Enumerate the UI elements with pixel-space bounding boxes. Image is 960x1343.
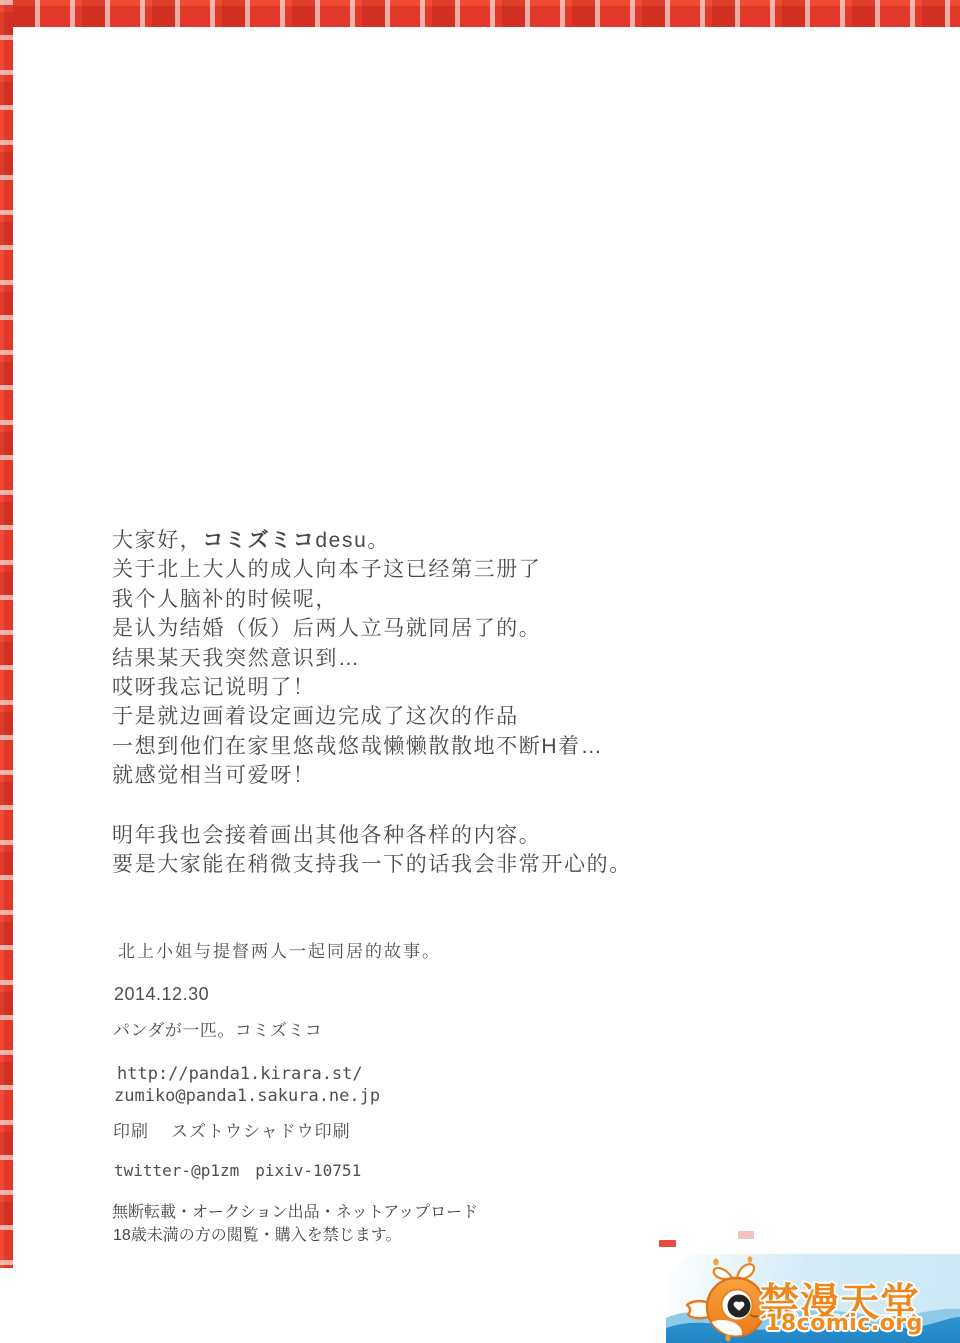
afterword-line: 明年我也会接着画出其他各种各样的内容。 — [112, 821, 632, 850]
age-restriction-notice: 18歳未満の方の閲覧・購入を禁じます。 — [113, 1226, 402, 1245]
afterword-line: 要是大家能在稍微支持我一下的话我会非常开心的。 — [112, 850, 632, 879]
reprint-prohibition-notice: 無断転載・オークション出品・ネットアップロード — [112, 1203, 478, 1222]
afterword-line: 哎呀我忘记说明了！ — [112, 673, 632, 702]
circle-name: パンダが一匹。コミズミコ — [113, 1021, 322, 1041]
greeting-prefix: 大家好， — [112, 529, 202, 552]
afterword-line: 就感觉相当可爱呀！ — [112, 761, 632, 790]
watermark-site-url: 18comic.org — [764, 1311, 924, 1336]
afterword-line: 结果某天我突然意识到… — [112, 644, 632, 673]
afterword-line: 关于北上大人的成人向本子这已经第三册了 — [112, 555, 632, 584]
website-url: http://panda1.kirara.st/ — [117, 1064, 363, 1084]
pixiv-id: pixiv-10751 — [255, 1161, 361, 1180]
afterword-line: 我个人脑补的时候呢， — [112, 585, 632, 614]
twitter-id: twitter-@p1zm — [114, 1161, 239, 1180]
stray-red-mark — [738, 1231, 754, 1239]
release-date: 2014.12.30 — [114, 984, 209, 1006]
social-ids: twitter-@p1zmpixiv-10751 — [114, 1161, 361, 1180]
scanned-page: 大家好，コミズミコdesu。 关于北上大人的成人向本子这已经第三册了 我个人脑补… — [0, 0, 960, 1343]
scan-edge-tape-top — [0, 0, 960, 27]
print-credit: 印刷スズトウシャドウ印刷 — [113, 1122, 351, 1142]
print-label: 印刷 — [113, 1122, 149, 1141]
story-summary: 北上小姐与提督两人一起同居的故事。 — [118, 942, 441, 962]
afterword-line: 于是就边画着设定画边完成了这次的作品 — [112, 702, 632, 731]
afterword-line: 是认为结婚（仮）后两人立马就同居了的。 — [112, 614, 632, 643]
afterword-line: 大家好，コミズミコdesu。 — [112, 526, 632, 555]
scan-edge-tape-left — [0, 0, 13, 1268]
watermark-badge: 禁漫天堂 18comic.org — [666, 1254, 960, 1343]
email-address: zumiko@panda1.sakura.ne.jp — [114, 1086, 380, 1106]
afterword-text: 大家好，コミズミコdesu。 关于北上大人的成人向本子这已经第三册了 我个人脑补… — [112, 526, 632, 879]
printer-name: スズトウシャドウ印刷 — [171, 1122, 351, 1141]
author-name: コミズミコ — [202, 529, 315, 552]
greeting-suffix: desu。 — [315, 529, 390, 552]
afterword-line: 一想到他们在家里悠哉悠哉懒懒散散地不断H着… — [112, 732, 632, 761]
paragraph-gap — [112, 791, 632, 821]
stray-red-mark — [659, 1240, 676, 1247]
